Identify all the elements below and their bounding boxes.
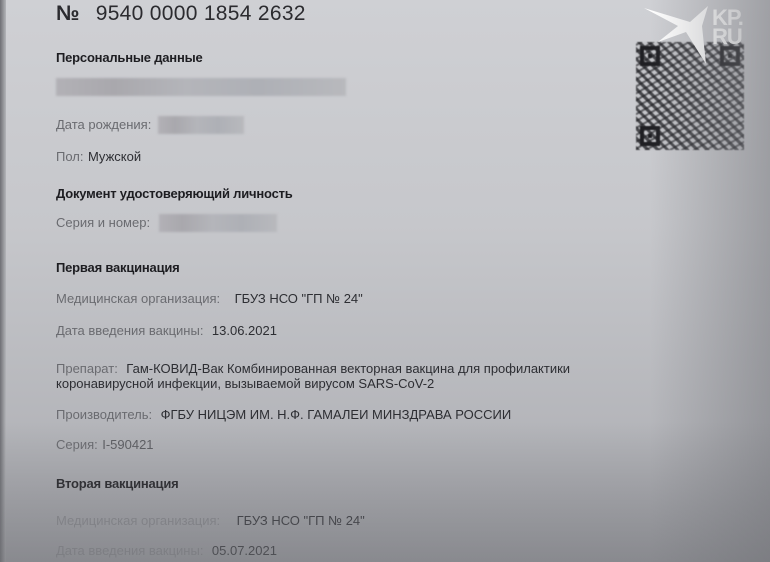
identity-document-heading: Документ удостоверяющий личность [56, 186, 293, 201]
first-date-label: Дата введения вакцины: [56, 323, 203, 338]
certificate-number: №9540 0000 1854 2632 [56, 2, 306, 26]
birth-date-label: Дата рождения: [56, 117, 151, 132]
manufacturer-label: Производитель: [56, 407, 152, 422]
series-row: Серия: I-590421 [56, 436, 154, 454]
kp-ru-watermark: KP. RU [712, 8, 743, 46]
series-number-row: Серия и номер: [56, 214, 277, 232]
manufacturer-value: ФГБУ НИЦЭМ ИМ. Н.Ф. ГАМАЛЕИ МИНЗДРАВА РО… [161, 407, 512, 422]
first-org-label: Медицинская организация: [56, 291, 220, 306]
redacted-birth-date [158, 116, 244, 134]
drug-label: Препарат: [56, 361, 118, 376]
watermark-line2: RU [712, 27, 743, 46]
kp-bird-logo-icon [642, 2, 770, 68]
redacted-series-number [159, 214, 277, 232]
redacted-name [56, 78, 346, 96]
number-symbol: № [56, 2, 80, 25]
photo-edge [0, 0, 6, 562]
full-name-redacted [56, 78, 346, 96]
manufacturer-row: Производитель: ФГБУ НИЦЭМ ИМ. Н.Ф. ГАМАЛ… [56, 406, 511, 424]
first-date-row: Дата введения вакцины: 13.06.2021 [56, 322, 277, 340]
second-org-row: Медицинская организация: ГБУЗ НСО "ГП № … [56, 512, 365, 530]
birth-date-row: Дата рождения: [56, 116, 244, 134]
first-org-row: Медицинская организация: ГБУЗ НСО "ГП № … [56, 290, 363, 308]
second-org-value: ГБУЗ НСО "ГП № 24" [237, 513, 365, 528]
personal-data-heading: Персональные данные [56, 50, 203, 65]
first-org-value: ГБУЗ НСО "ГП № 24" [235, 291, 363, 306]
drug-value-line2: коронавирусной инфекции, вызываемой виру… [56, 376, 434, 391]
second-date-label: Дата введения вакцины: [56, 543, 203, 558]
first-date-value: 13.06.2021 [212, 323, 277, 338]
series-label: Серия: [56, 437, 98, 452]
second-date-value: 05.07.2021 [212, 543, 277, 558]
gender-row: Пол: Мужской [56, 148, 141, 166]
series-value: I-590421 [102, 437, 153, 452]
drug-value-line1: Гам-КОВИД-Вак Комбинированная векторная … [126, 361, 570, 376]
gender-label: Пол: [56, 149, 84, 164]
second-org-label: Медицинская организация: [56, 513, 220, 528]
series-number-label: Серия и номер: [56, 215, 150, 230]
second-vaccination-heading: Вторая вакцинация [56, 476, 179, 491]
certificate-number-value: 9540 0000 1854 2632 [96, 2, 306, 25]
first-vaccination-heading: Первая вакцинация [56, 260, 180, 275]
gender-value: Мужской [88, 149, 141, 164]
qr-finder-pattern [640, 126, 660, 146]
second-date-row: Дата введения вакцины: 05.07.2021 [56, 542, 277, 560]
